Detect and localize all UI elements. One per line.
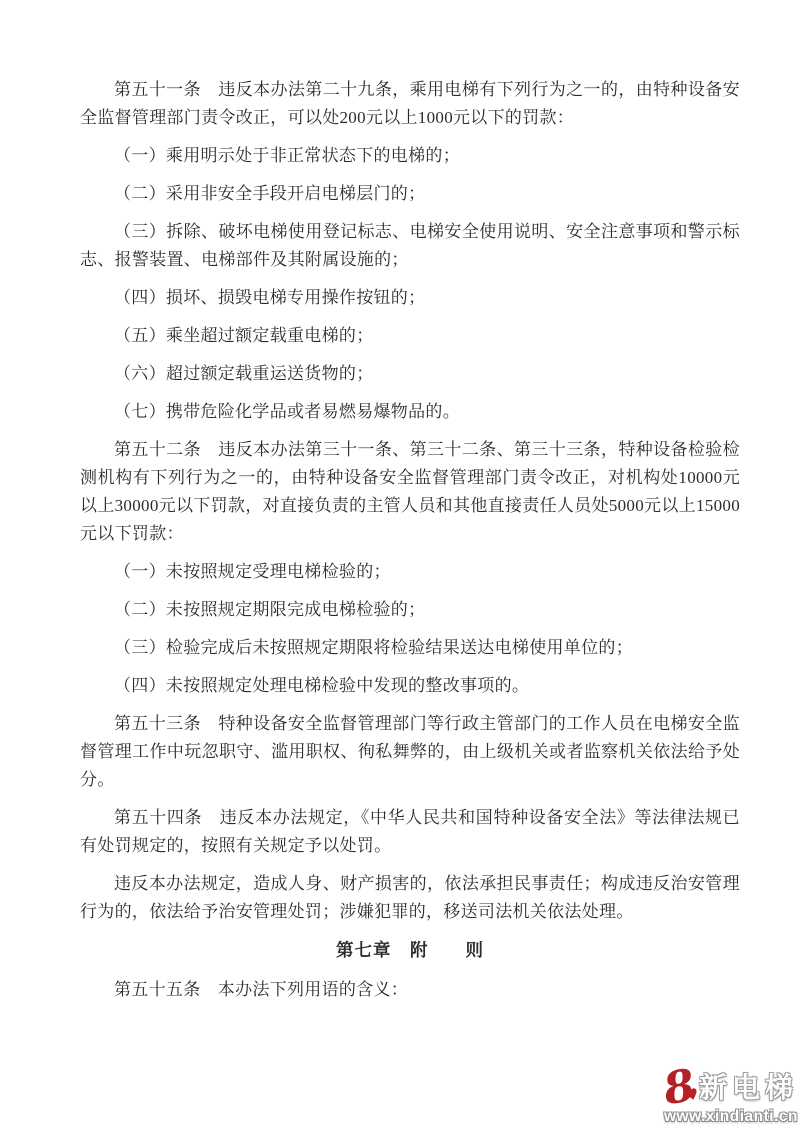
article-52-item-1: （一）未按照规定受理电梯检验的；	[80, 558, 740, 586]
article-51-item-7: （七）携带危险化学品或者易燃易爆物品的。	[80, 398, 740, 426]
watermark-brand-text: 新电梯	[699, 1074, 798, 1102]
watermark-brand-row: 8 ♥ 新电梯	[664, 1069, 798, 1107]
article-52-clause: 第五十二条 违反本办法第三十一条、第三十二条、第三十三条，特种设备检验检测机构有…	[80, 436, 740, 548]
article-52-item-3: （三）检验完成后未按照规定期限将检验结果送达电梯使用单位的；	[80, 634, 740, 662]
article-53-clause: 第五十三条 特种设备安全监督管理部门等行政主管部门的工作人员在电梯安全监督管理工…	[80, 710, 740, 794]
article-51-item-2: （二）采用非安全手段开启电梯层门的；	[80, 180, 740, 208]
article-54-clause: 第五十四条 违反本办法规定，《中华人民共和国特种设备安全法》等法律法规已有处罚规…	[80, 804, 740, 860]
article-52-item-2: （二）未按照规定期限完成电梯检验的；	[80, 596, 740, 624]
article-52-item-4: （四）未按照规定处理电梯检验中发现的整改事项的。	[80, 672, 740, 700]
chapter-7-heading: 第七章 附 则	[80, 936, 740, 964]
article-55-clause: 第五十五条 本办法下列用语的含义：	[80, 976, 740, 1004]
article-51-item-3: （三）拆除、破坏电梯使用登记标志、电梯安全使用说明、安全注意事项和警示标志、报警…	[80, 218, 740, 274]
xindianti-logo-icon: 8 ♥	[661, 1066, 698, 1109]
article-51-item-1: （一）乘用明示处于非正常状态下的电梯的；	[80, 142, 740, 170]
article-51-clause: 第五十一条 违反本办法第二十九条，乘用电梯有下列行为之一的，由特种设备安全监督管…	[80, 76, 740, 132]
document-body: 第五十一条 违反本办法第二十九条，乘用电梯有下列行为之一的，由特种设备安全监督管…	[0, 0, 800, 1004]
article-51-item-5: （五）乘坐超过额定载重电梯的；	[80, 322, 740, 350]
article-51-item-4: （四）损坏、损毁电梯专用操作按钮的；	[80, 284, 740, 312]
xindianti-watermark: 8 ♥ 新电梯 www.xindianti.cn	[664, 1069, 798, 1125]
document-page: 第五十一条 违反本办法第二十九条，乘用电梯有下列行为之一的，由特种设备安全监督管…	[0, 0, 800, 1132]
article-51-item-6: （六）超过额定载重运送货物的；	[80, 360, 740, 388]
article-54-clause-2: 违反本办法规定，造成人身、财产损害的，依法承担民事责任；构成违反治安管理行为的，…	[80, 870, 740, 926]
